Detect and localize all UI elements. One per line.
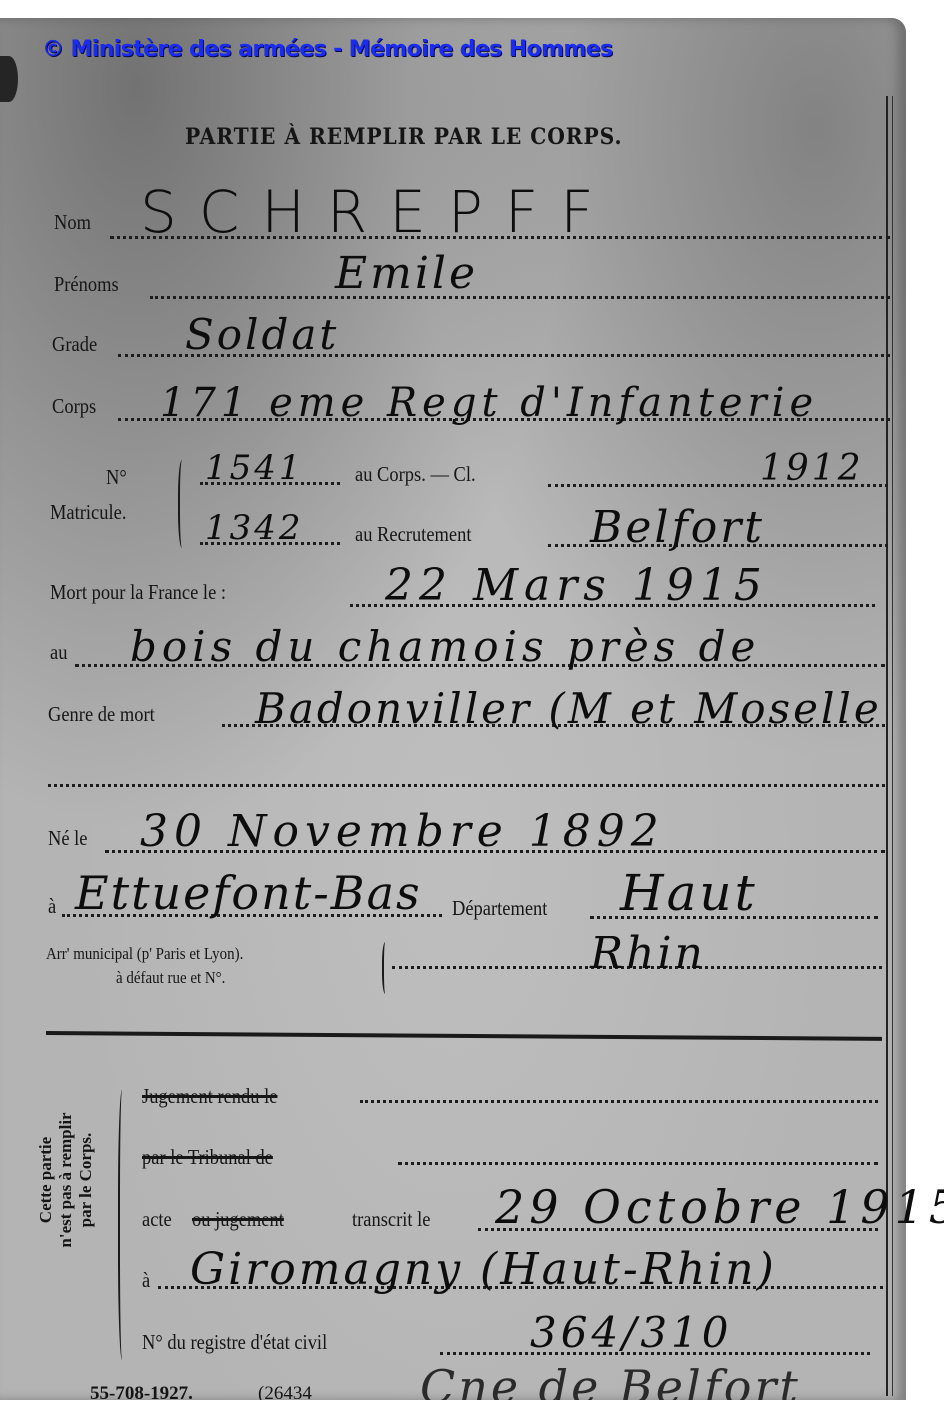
section-title: PARTIE À REMPLIR PAR LE CORPS. bbox=[185, 124, 622, 150]
copyright-watermark: © Ministère des armées - Mémoire des Hom… bbox=[42, 37, 613, 62]
transcrit-label: transcrit le bbox=[352, 1207, 431, 1232]
recrutement-number-value: 1342 bbox=[205, 508, 304, 548]
grade-label: Grade bbox=[52, 332, 97, 357]
ne-a-value: Ettuefont-Bas bbox=[75, 866, 422, 920]
corps-value: 171 eme Regt d'Infanterie bbox=[160, 380, 818, 426]
matricule-no-label: N° bbox=[106, 465, 127, 490]
lieu-mort-prefix: au bbox=[50, 640, 67, 665]
arrondissement-label-2: à défaut rue et N°. bbox=[116, 968, 225, 988]
acte-struck-label: ou jugement bbox=[192, 1207, 284, 1232]
blank-line bbox=[48, 784, 885, 787]
side-note-line-2: n'est pas à remplir bbox=[56, 1060, 76, 1300]
recrutement-value: Belfort bbox=[590, 502, 765, 553]
arrondissement-label-1: Arr' municipal (p' Paris et Lyon). bbox=[46, 944, 243, 964]
nom-label: Nom bbox=[54, 210, 91, 235]
corps-class-label: au Corps. — Cl. bbox=[355, 462, 476, 487]
ne-le-value: 30 Novembre 1892 bbox=[140, 806, 665, 857]
grade-value: Soldat bbox=[185, 310, 339, 359]
lieu-mort-value: bois du chamois près de bbox=[130, 622, 760, 671]
arrondissement-brace bbox=[382, 942, 390, 994]
departement-value: Haut bbox=[620, 864, 758, 922]
acte-label: acte bbox=[142, 1207, 172, 1232]
ne-le-label: Né le bbox=[48, 826, 88, 851]
lieu-transcription-label: à bbox=[142, 1268, 150, 1293]
side-note: Cette partie n'est pas à remplir par le … bbox=[36, 1060, 96, 1300]
prenoms-value: Emile bbox=[335, 248, 478, 299]
matricule-label: Matricule. bbox=[50, 500, 126, 525]
ink-stain bbox=[0, 56, 18, 102]
arrondissement-value: Rhin bbox=[590, 928, 706, 979]
jugement-label: Jugement rendu le bbox=[142, 1084, 277, 1109]
tribunal-line bbox=[398, 1162, 878, 1165]
corps-label: Corps bbox=[52, 394, 96, 419]
departement-label: Département bbox=[452, 896, 547, 921]
lieu-transcription-value: Giromagny (Haut-Rhin) bbox=[190, 1244, 777, 1295]
side-note-line-3: par le Corps. bbox=[76, 1060, 96, 1300]
registre-value: 364/310 bbox=[530, 1308, 732, 1357]
jugement-line bbox=[360, 1100, 878, 1103]
prenoms-line bbox=[150, 296, 890, 299]
matricule-brace bbox=[178, 460, 188, 548]
prenoms-label: Prénoms bbox=[54, 272, 119, 297]
class-value: 1912 bbox=[760, 448, 864, 489]
transcrit-value: 29 Octobre 1915 bbox=[495, 1180, 944, 1234]
side-note-line-1: Cette partie bbox=[36, 1060, 56, 1300]
genre-mort-label: Genre de mort bbox=[48, 702, 155, 727]
genre-mort-value: Badonviller (M et Moselle bbox=[255, 684, 882, 733]
recrutement-label: au Recrutement bbox=[355, 522, 471, 547]
registre-label: N° du registre d'état civil bbox=[142, 1330, 327, 1355]
bottom-margin bbox=[0, 1400, 944, 1417]
mort-value: 22 Mars 1915 bbox=[385, 560, 768, 611]
tribunal-label: par le Tribunal de bbox=[142, 1145, 273, 1170]
lower-brace bbox=[118, 1090, 128, 1360]
nom-value: SCHREPFF bbox=[140, 178, 616, 246]
corps-number-value: 1541 bbox=[205, 448, 304, 488]
ne-a-label: à bbox=[48, 894, 56, 919]
mort-label: Mort pour la France le : bbox=[50, 580, 226, 605]
